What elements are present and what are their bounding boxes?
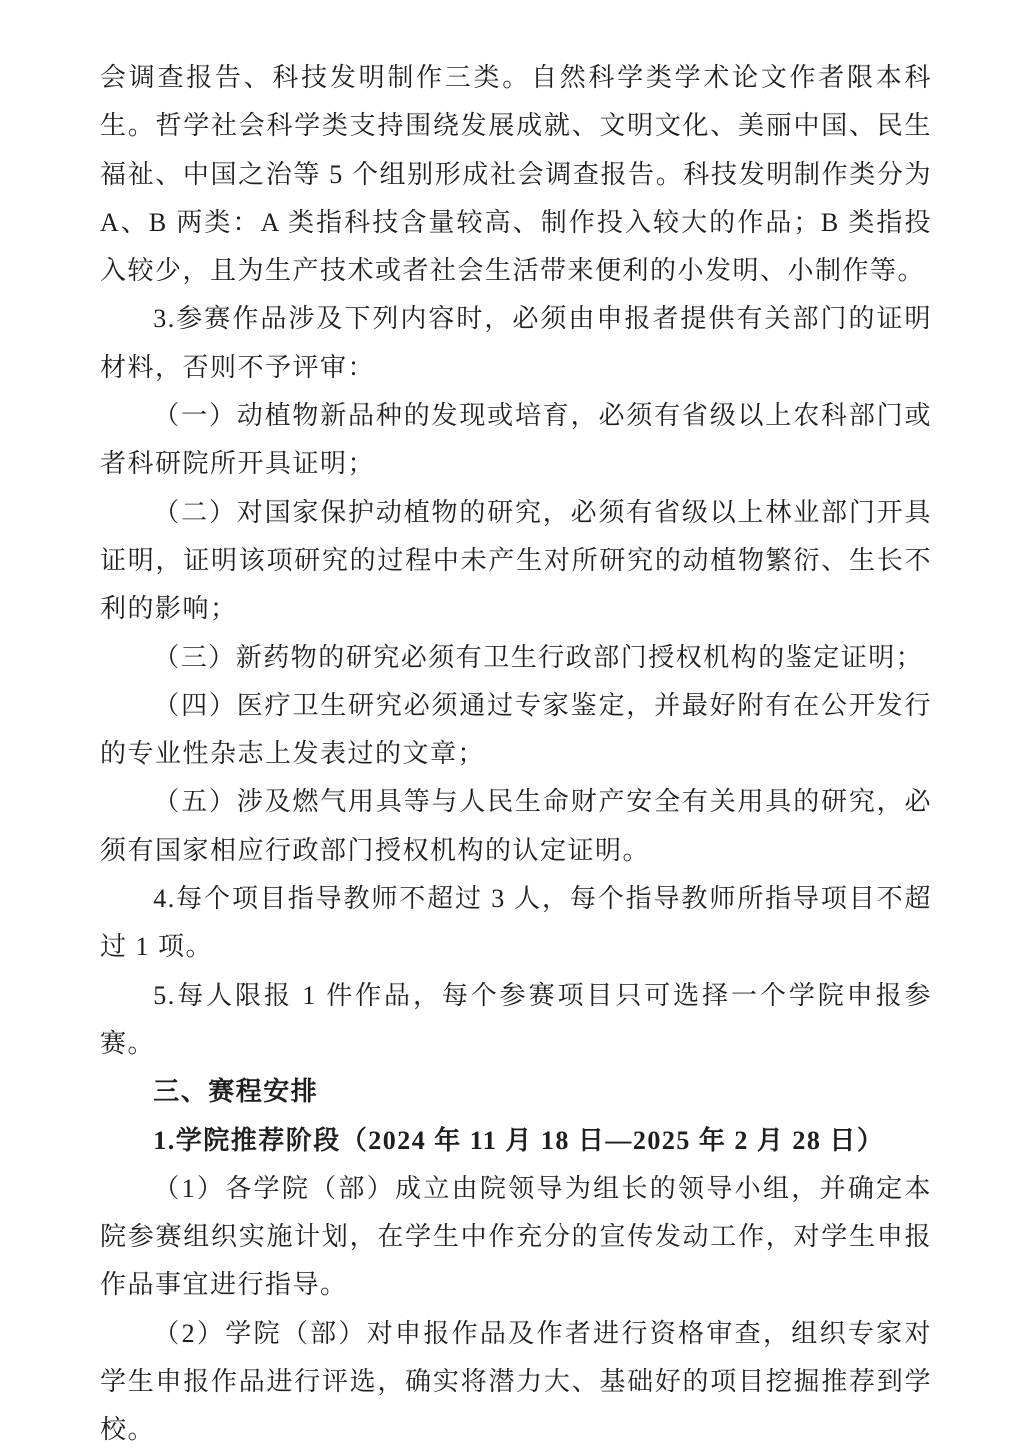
paragraph-item-3: （三）新药物的研究必须有卫生行政部门授权机构的鉴定证明； [100, 634, 932, 682]
document-page: 会调查报告、科技发明制作三类。自然科学类学术论文作者限本科生。哲学社会科学类支持… [0, 0, 1024, 1448]
paragraph-continuation: 会调查报告、科技发明制作三类。自然科学类学术论文作者限本科生。哲学社会科学类支持… [100, 54, 932, 295]
stage-heading-college-recommendation: 1.学院推荐阶段（2024 年 11 月 18 日—2025 年 2 月 28 … [100, 1117, 932, 1165]
paragraph-rule-5: 5.每人限报 1 件作品，每个参赛项目只可选择一个学院申报参赛。 [100, 972, 932, 1069]
paragraph-item-2: （二）对国家保护动植物的研究，必须有省级以上林业部门开具证明，证明该项研究的过程… [100, 489, 932, 634]
paragraph-item-4: （四）医疗卫生研究必须通过专家鉴定，并最好附有在公开发行的专业性杂志上发表过的文… [100, 682, 932, 779]
section-heading-schedule: 三、赛程安排 [100, 1068, 932, 1116]
paragraph-rule-4: 4.每个项目指导教师不超过 3 人，每个指导教师所指导项目不超过 1 项。 [100, 875, 932, 972]
paragraph-rule-3: 3.参赛作品涉及下列内容时，必须由申报者提供有关部门的证明材料，否则不予评审： [100, 295, 932, 392]
paragraph-stage-step-1: （1）各学院（部）成立由院领导为组长的领导小组，并确定本院参赛组织实施计划，在学… [100, 1165, 932, 1310]
paragraph-item-5: （五）涉及燃气用具等与人民生命财产安全有关用具的研究，必须有国家相应行政部门授权… [100, 778, 932, 875]
paragraph-stage-step-2: （2）学院（部）对申报作品及作者进行资格审查，组织专家对学生申报作品进行评选，确… [100, 1310, 932, 1448]
paragraph-item-1: （一）动植物新品种的发现或培育，必须有省级以上农科部门或者科研院所开具证明； [100, 392, 932, 489]
